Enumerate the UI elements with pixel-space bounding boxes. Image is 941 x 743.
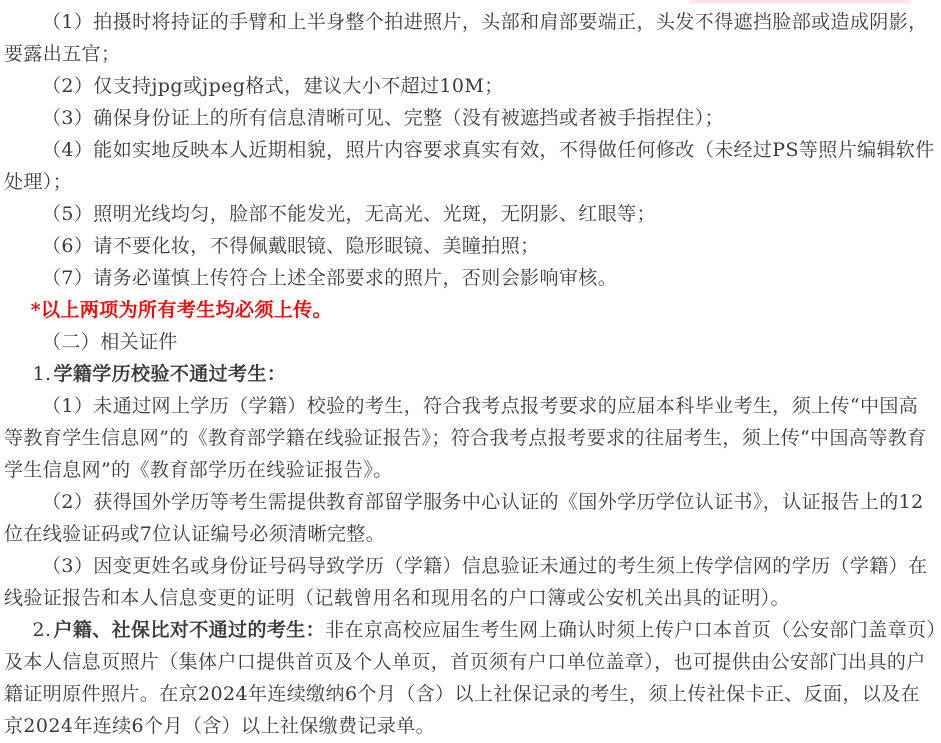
hukou-heading-number: 2.	[33, 619, 52, 641]
photo-rule-item-6: （6）请不要化妆，不得佩戴眼镜、隐形眼镜、美瞳拍照；	[4, 230, 937, 262]
photo-rule-item-5: （5）照明光线均匀，脸部不能发光，无高光、光斑，无阴影、红眼等；	[4, 198, 937, 230]
notice-document: （1）拍摄时将持证的手臂和上半身整个拍进照片，头部和肩部要端正，头发不得遮挡脸部…	[0, 0, 941, 742]
section-heading-related-documents: （二）相关证件	[4, 326, 937, 358]
photo-rule-item-7: （7）请务必谨慎上传符合上述全部要求的照片，否则会影响审核。	[4, 262, 937, 294]
photo-rule-item-2: （2）仅支持jpg或jpeg格式，建议大小不超过10M；	[4, 70, 937, 102]
red-required-note: *以上两项为所有考生均必须上传。	[4, 294, 937, 326]
photo-rule-item-3: （3）确保身份证上的所有信息清晰可见、完整（没有被遮挡或者被手指捏住）；	[4, 102, 937, 134]
photo-rule-item-1: （1）拍摄时将持证的手臂和上半身整个拍进照片，头部和肩部要端正，头发不得遮挡脸部…	[4, 6, 937, 70]
edu-check-item-1: （1）未通过网上学历（学籍）校验的考生，符合我考点报考要求的应届本科毕业考生，须…	[4, 390, 937, 486]
edu-check-item-2: （2）获得国外学历等考生需提供教育部留学服务中心认证的《国外学历学位认证书》，认…	[4, 486, 937, 550]
photo-rule-item-4: （4）能如实地反映本人近期相貌，照片内容要求真实有效，不得做任何修改（未经过PS…	[4, 134, 937, 198]
cropped-red-heading-remnant	[690, 0, 910, 3]
notice-page: { "colors": { "body_text": "#3a3a3a", "e…	[0, 0, 941, 743]
edu-heading-text: 学籍学历校验不通过考生：	[53, 363, 286, 385]
edu-heading-number: 1.	[33, 363, 52, 385]
hukou-social-paragraph: 2.户籍、社保比对不通过的考生：非在京高校应届生考生网上确认时须上传户口本首页（…	[4, 614, 937, 742]
edu-check-heading: 1.学籍学历校验不通过考生：	[4, 358, 937, 390]
edu-check-item-3: （3）因变更姓名或身份证号码导致学历（学籍）信息验证未通过的考生须上传学信网的学…	[4, 550, 937, 614]
hukou-heading-text: 户籍、社保比对不通过的考生：	[53, 619, 325, 641]
